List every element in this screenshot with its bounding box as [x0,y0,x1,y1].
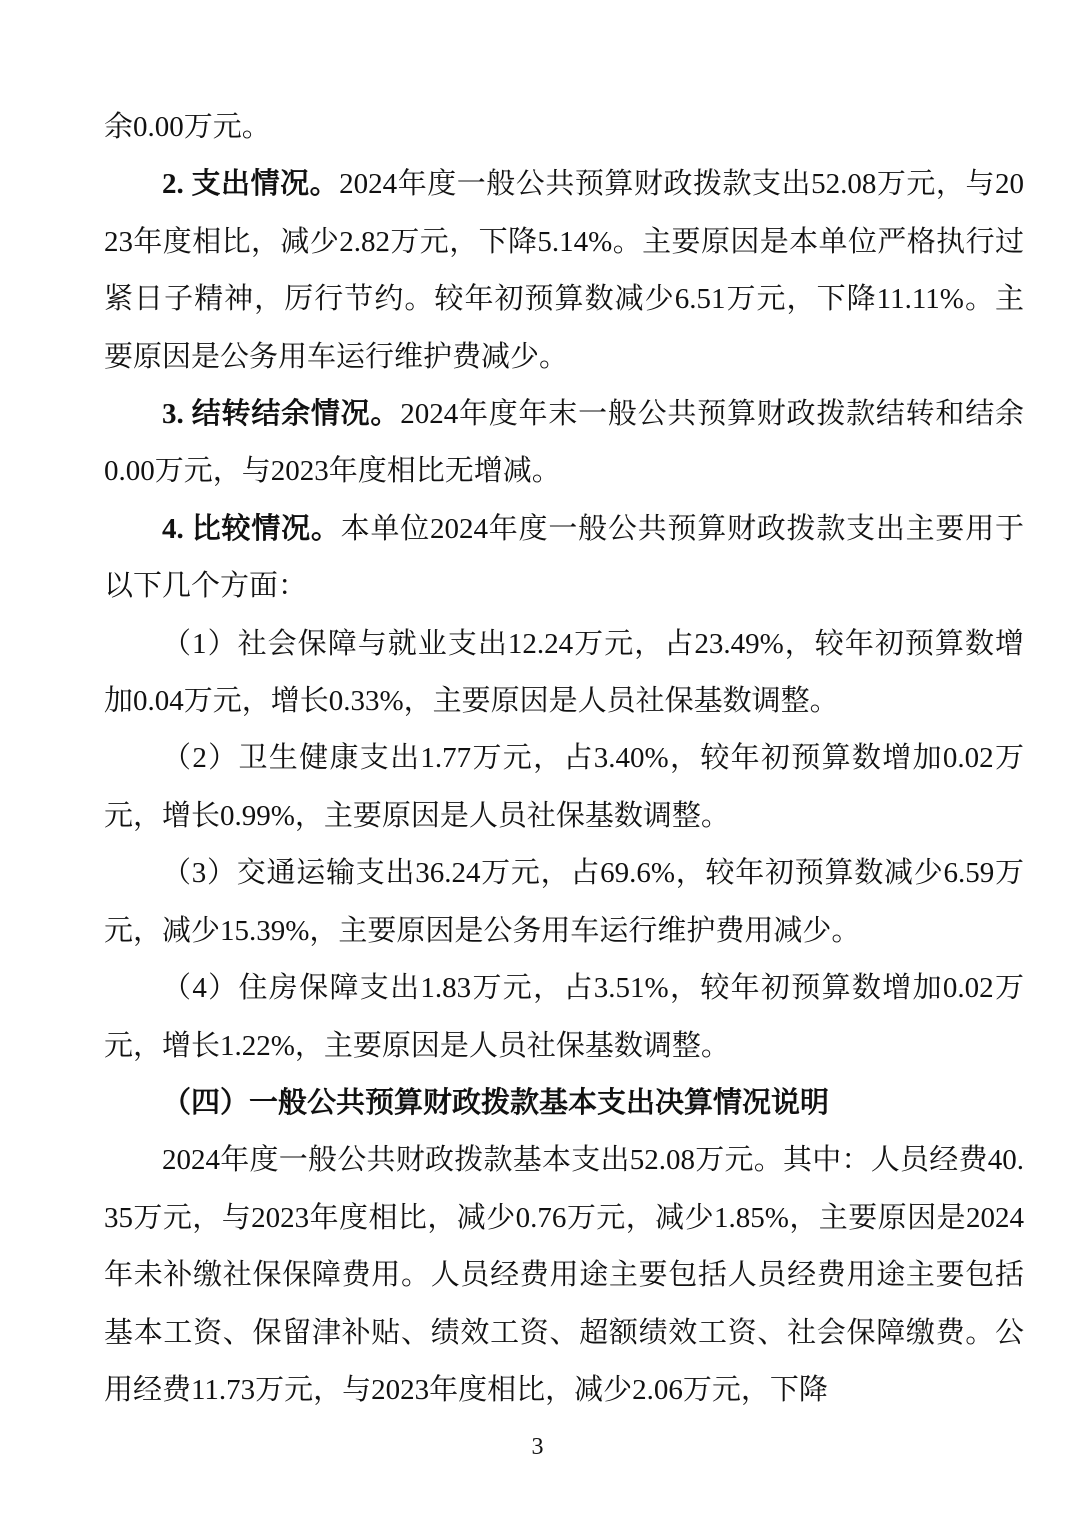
paragraph-basic-expenditure-detail: 2024年度一般公共财政拨款基本支出52.08万元。其中：人员经费40.35万元… [104,1132,1024,1419]
paragraph-body: （3）交通运输支出36.24万元，占69.6%，较年初预算数减少6.59万元，减… [104,857,1024,946]
paragraph-item-4-housing: （4）住房保障支出1.83万元，占3.51%，较年初预算数增加0.02万元，增长… [104,960,1024,1075]
paragraph-comparison: 4. 比较情况。本单位2024年度一般公共预算财政拨款支出主要用于以下几个方面： [104,501,1024,616]
page-number: 3 [532,1434,544,1460]
document-page: 余0.00万元。 2. 支出情况。2024年度一般公共预算财政拨款支出52.08… [0,0,1075,1520]
paragraph-item-3-transport: （3）交通运输支出36.24万元，占69.6%，较年初预算数减少6.59万元，减… [104,845,1024,960]
paragraph-expenditure: 2. 支出情况。2024年度一般公共预算财政拨款支出52.08万元，与2023年… [104,156,1024,386]
section-heading-basic-expenditure: （四）一般公共预算财政拨款基本支出决算情况说明 [104,1075,1024,1132]
paragraph-item-2-health: （2）卫生健康支出1.77万元，占3.40%，较年初预算数增加0.02万元，增长… [104,730,1024,845]
paragraph-body: （2）卫生健康支出1.77万元，占3.40%，较年初预算数增加0.02万元，增长… [104,742,1024,831]
paragraph-label: 3. 结转结余情况。 [162,398,400,430]
paragraph-body: 余0.00万元。 [104,111,271,143]
paragraph-body: （1）社会保障与就业支出12.24万元，占23.49%，较年初预算数增加0.04… [104,628,1024,717]
paragraph-label: 2. 支出情况。 [162,168,339,200]
paragraph-item-1-social-security: （1）社会保障与就业支出12.24万元，占23.49%，较年初预算数增加0.04… [104,616,1024,731]
paragraph-label: 4. 比较情况。 [162,513,341,545]
paragraph-carryover-status: 3. 结转结余情况。2024年度年末一般公共预算财政拨款结转和结余0.00万元，… [104,386,1024,501]
section-heading-label: （四）一般公共预算财政拨款基本支出决算情况说明 [162,1087,829,1119]
paragraph-body: 2024年度一般公共财政拨款基本支出52.08万元。其中：人员经费40.35万元… [104,1144,1024,1406]
page-footer: 3 [0,1432,1075,1462]
paragraph-carryover-balance: 余0.00万元。 [104,99,1024,156]
document-body: 余0.00万元。 2. 支出情况。2024年度一般公共预算财政拨款支出52.08… [104,99,1024,1419]
paragraph-body: （4）住房保障支出1.83万元，占3.51%，较年初预算数增加0.02万元，增长… [104,972,1024,1061]
